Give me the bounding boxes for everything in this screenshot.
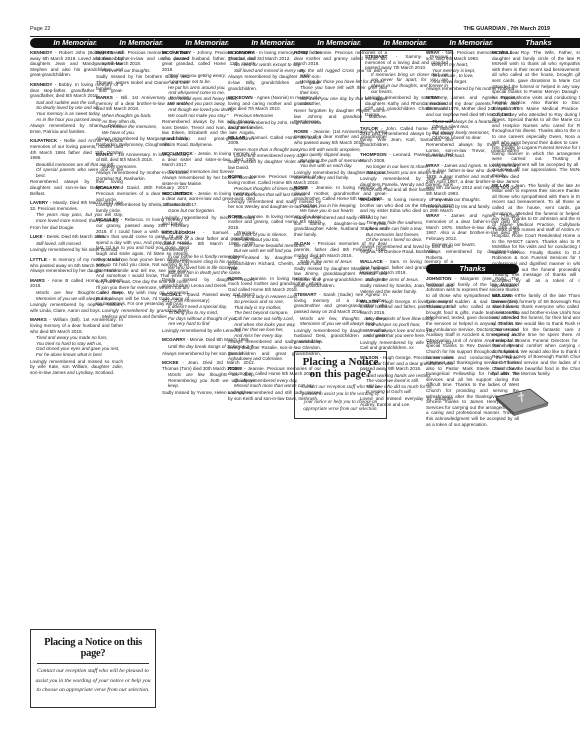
notice-surname: SLOAN xyxy=(294,241,310,246)
placing-notice-body: Contact our reception staff who will be … xyxy=(31,667,155,696)
notice-surname: KENNEDY xyxy=(30,50,52,55)
notice-surname: WRAY xyxy=(426,95,440,100)
notice: MARKS - William (Bill). 1st Anniversary.… xyxy=(30,317,123,375)
notice-surname: MCALARY xyxy=(96,185,119,190)
verse-line: For he alone knows what is best. xyxy=(36,352,123,358)
notice-surname: WALLACE xyxy=(360,259,383,264)
notice-surname: STEWART xyxy=(365,54,387,59)
notice-surname: MCCULLOUGH xyxy=(162,230,195,235)
notice-text: - Jean. The family of the late Jean Mill… xyxy=(492,183,580,289)
notice-surname: MILLAR xyxy=(492,183,509,188)
notice-surname: MARKS xyxy=(96,152,113,157)
divider xyxy=(37,663,149,664)
placing-notice-banner: Placing a Notice on this page? Contact o… xyxy=(30,629,156,708)
notice-surname: LUKE xyxy=(30,234,43,239)
notice-surname: MCCLINTOCK xyxy=(162,151,193,156)
notice-surname: ROWE xyxy=(294,129,308,134)
notice-surname: LYTTLE xyxy=(30,257,47,262)
section-header-thanks: Thanks xyxy=(492,38,580,48)
notice-surname: ROWE xyxy=(228,366,242,371)
notice-surname: MARKS xyxy=(96,95,113,100)
notice-surname: MILLAR xyxy=(228,135,245,140)
notice-surname: MCAULEY xyxy=(96,217,119,222)
notice: MULLAN - The family of the late Thomas J… xyxy=(492,293,580,377)
notice-surname: MAIRS xyxy=(30,278,45,283)
notice-surname: MCCARTNEY xyxy=(162,50,191,55)
notice-surname: MCKEE xyxy=(162,360,179,365)
masthead: THE GUARDIAN , 7th March 2019 xyxy=(464,26,551,32)
notice-surname: STEWART xyxy=(294,292,316,297)
placing-notice-title: Placing a Notice on this page? xyxy=(31,637,155,659)
notice-surname: KENNEDY xyxy=(30,82,52,87)
notice: MCNEILL - Roy. The Wife, Father, son, da… xyxy=(492,50,580,179)
notice-surname: KILPATRICK xyxy=(30,138,57,143)
page-header: Page 22 THE GUARDIAN , 7th March 2019 xyxy=(30,26,550,37)
notice-text: - The family of the late Thomas James (J… xyxy=(492,293,580,376)
notice-surname: MCGARRY xyxy=(162,337,186,342)
notice-surname: MCNEILL xyxy=(492,50,512,55)
notice-surname: ROWE xyxy=(228,276,242,281)
page-number: Page 22 xyxy=(30,26,51,32)
notice-surname: WRAY xyxy=(426,50,440,55)
notice-surname: TAYLOR xyxy=(360,126,378,131)
notice-surname: MCCLINTOCK xyxy=(162,191,193,196)
notice-surname: WILSON xyxy=(360,299,378,304)
notice-surname: MARKS xyxy=(96,50,113,55)
notice-surname: ROWE xyxy=(228,214,242,219)
notice-surname: MULLAN xyxy=(492,293,511,298)
notice-surname: ROWE xyxy=(294,50,308,55)
notice-surname: JOHNSTON xyxy=(426,276,451,281)
notice-surname: THOMPSON xyxy=(360,152,387,157)
notice-text: - Roy. The Wife, Father, son, daughter a… xyxy=(492,50,580,178)
notice-surname: ROWE xyxy=(228,174,242,179)
notice-surname: LAVERY xyxy=(30,200,48,205)
notice-surname: WALKER xyxy=(360,197,380,202)
notice-surname: WRAY xyxy=(426,213,440,218)
notice-surname: MARKS xyxy=(30,317,47,322)
column-8: Thanks MCNEILL - Roy. The Wife, Father, … xyxy=(492,38,580,418)
notice-surname: MCKENDRY xyxy=(228,50,254,55)
notice-surname: WRAY xyxy=(426,163,440,168)
notice: MILLAR - Jean. The family of the late Je… xyxy=(492,183,580,289)
notice-surname: MCGALL xyxy=(162,292,182,297)
notice-verse: Tired and weary you made no fuss,You tri… xyxy=(30,335,123,357)
notice-surname: WILSON xyxy=(360,355,378,360)
bible-icon xyxy=(492,387,552,417)
notice-surname: ROWE xyxy=(294,185,308,190)
notice-signoff: Lovingly remembered and missed so much b… xyxy=(30,359,123,376)
notice-surname: MCKEOWN xyxy=(228,95,253,100)
